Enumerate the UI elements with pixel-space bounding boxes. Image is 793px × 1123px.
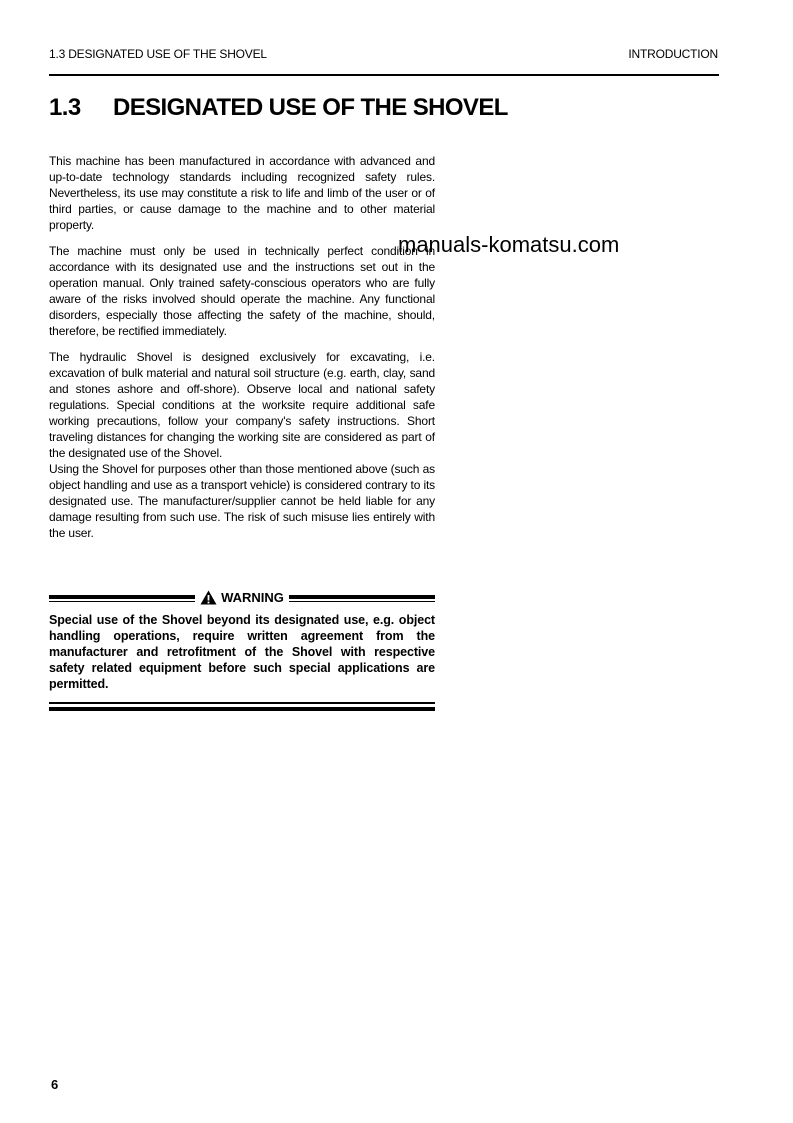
- paragraph: This machine has been manufactured in ac…: [49, 153, 435, 233]
- watermark: manuals-komatsu.com: [398, 232, 619, 258]
- paragraph: The machine must only be used in technic…: [49, 243, 435, 339]
- warning-box: WARNING Special use of the Shovel beyond…: [49, 589, 435, 712]
- warning-header: WARNING: [49, 589, 435, 605]
- warning-rule-left: [49, 593, 195, 601]
- section-heading: DESIGNATED USE OF THE SHOVEL: [113, 94, 508, 121]
- warning-label: WARNING: [221, 590, 284, 605]
- warning-triangle-icon: [200, 590, 217, 605]
- body-text: This machine has been manufactured in ac…: [49, 153, 435, 541]
- header-section-title: 1.3 DESIGNATED USE OF THE SHOVEL: [49, 47, 267, 61]
- page-title: 1.3DESIGNATED USE OF THE SHOVEL: [49, 94, 508, 122]
- header-chapter-title: INTRODUCTION: [628, 47, 718, 61]
- warning-text: Special use of the Shovel beyond its des…: [49, 612, 435, 692]
- section-number: 1.3: [49, 94, 113, 122]
- paragraph: Using the Shovel for purposes other than…: [49, 461, 435, 541]
- header-divider: [49, 74, 719, 76]
- page-number: 6: [51, 1077, 58, 1092]
- warning-rule-right: [289, 593, 435, 601]
- running-header: 1.3 DESIGNATED USE OF THE SHOVEL INTRODU…: [49, 47, 718, 61]
- warning-footer-rule: [49, 702, 435, 712]
- paragraph: The hydraulic Shovel is designed exclusi…: [49, 349, 435, 461]
